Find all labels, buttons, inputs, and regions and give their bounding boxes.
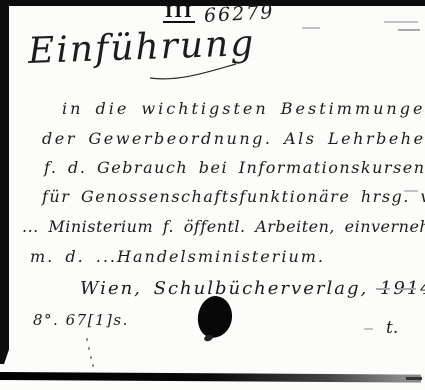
body-line: der Gewerbeordnung. Als Lehrbehelf xyxy=(42,129,425,148)
title-flourish xyxy=(148,62,238,82)
collation: 8°. 67[1]s. xyxy=(33,311,129,329)
scan-artifact xyxy=(92,364,94,367)
ink-blot xyxy=(196,294,235,340)
scan-edge-bottom-dash xyxy=(406,377,422,380)
scan-artifact xyxy=(364,328,373,330)
call-number-roman: III xyxy=(163,3,195,23)
catalog-card: III 66279 Einführung in die wichtigsten … xyxy=(0,0,425,390)
scan-edge-bottom xyxy=(0,372,421,383)
scan-artifact xyxy=(90,356,92,359)
body-line: f. d. Gebrauch bei Informationskursen xyxy=(44,158,425,177)
scan-artifact xyxy=(398,29,420,31)
body-line: für Genossenschaftsfunktionäre hrsg. v. xyxy=(42,187,425,206)
scan-artifact xyxy=(88,347,90,350)
scan-edge-left xyxy=(0,0,9,364)
body-line: ... Ministerium f. öffentl. Arbeiten, ei… xyxy=(22,217,425,236)
scan-artifact xyxy=(86,338,88,341)
scan-artifact xyxy=(384,21,418,23)
imprint-line: Wien, Schulbücherverlag, 1914, xyxy=(80,278,425,299)
body-line: m. d. ...Handelsministerium. xyxy=(30,247,325,266)
scan-artifact xyxy=(302,27,320,29)
scan-artifact xyxy=(404,190,418,192)
bottom-right-mark: t. xyxy=(386,318,398,338)
scan-artifact xyxy=(376,288,390,290)
scan-artifact xyxy=(400,288,416,290)
body-line: in die wichtigsten Bestimmungen xyxy=(62,99,425,118)
